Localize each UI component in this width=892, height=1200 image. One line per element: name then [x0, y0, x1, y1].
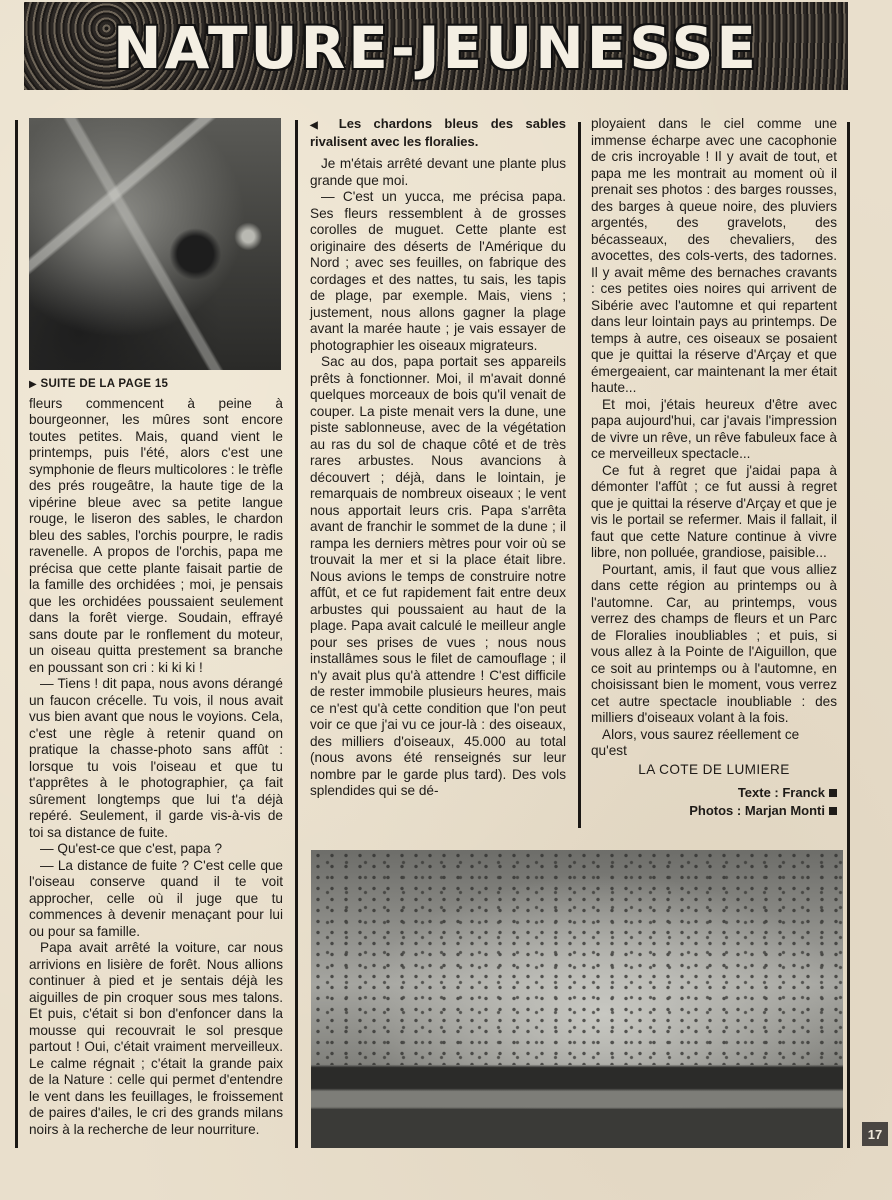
caption-arrow-icon: ◀	[310, 120, 326, 131]
continued-arrow-icon: ▶	[29, 379, 37, 390]
paragraph: Sac au dos, papa portait ses appareils p…	[310, 354, 566, 800]
paragraph: Ce fut à regret que j'aidai papa à démon…	[591, 463, 837, 562]
credits: Texte : Franck Photos : Marjan Monti	[591, 784, 837, 820]
caption-text: Les chardons bleus des sables rivalisent…	[310, 116, 566, 149]
column-rule-right	[847, 122, 850, 1148]
paragraph: Et moi, j'étais heureux d'être avec papa…	[591, 397, 837, 463]
paragraph: — Tiens ! dit papa, nous avons dérangé u…	[29, 676, 283, 841]
column-rule-1-2	[295, 120, 298, 1148]
end-square-icon	[829, 807, 837, 815]
paragraph: — C'est un yucca, me précisa papa. Ses f…	[310, 189, 566, 354]
article-column-3: ployaient dans le ciel comme une immense…	[591, 116, 837, 820]
birds-photo	[311, 850, 843, 1148]
paragraph: fleurs commencent à peine à bourgeonner,…	[29, 396, 283, 677]
photo-caption: ◀ Les chardons bleus des sables rivalise…	[310, 116, 566, 149]
thistle-photo	[29, 118, 281, 370]
paragraph: — La distance de fuite ? C'est celle que…	[29, 858, 283, 941]
column-rule-2-3	[578, 122, 581, 828]
paragraph: — Qu'est-ce que c'est, papa ?	[29, 841, 283, 858]
masthead-title: NATURE-JEUNESSE	[24, 18, 848, 78]
article-column-1: ▶ SUITE DE LA PAGE 15 fleurs commencent …	[29, 375, 283, 1138]
page-number: 17	[862, 1122, 888, 1146]
paragraph: Alors, vous saurez réellement ce qu'est	[591, 727, 837, 760]
article-signoff: LA COTE DE LUMIERE	[591, 762, 837, 779]
end-square-icon	[829, 789, 837, 797]
column-rule-left	[15, 120, 18, 1148]
bird-flock	[311, 850, 843, 1065]
continued-from-text: SUITE DE LA PAGE 15	[40, 378, 168, 390]
article-column-2: ◀ Les chardons bleus des sables rivalise…	[310, 116, 566, 800]
continued-from-label: ▶ SUITE DE LA PAGE 15	[29, 375, 283, 394]
paragraph: Je m'étais arrêté devant une plante plus…	[310, 156, 566, 189]
paragraph: ployaient dans le ciel comme une immense…	[591, 116, 837, 397]
credit-text: Texte : Franck	[591, 784, 837, 802]
masthead-banner: NATURE-JEUNESSE	[24, 2, 848, 90]
paragraph: Papa avait arrêté la voiture, car nous a…	[29, 940, 283, 1138]
credit-text-author: Texte : Franck	[738, 785, 825, 800]
credit-photos-author: Photos : Marjan Monti	[689, 803, 825, 818]
paragraph: Pourtant, amis, il faut que vous alliez …	[591, 562, 837, 727]
credit-photos: Photos : Marjan Monti	[591, 802, 837, 820]
